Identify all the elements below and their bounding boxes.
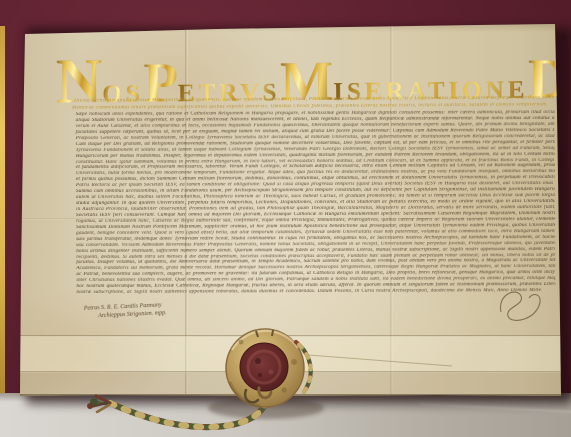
signature-line: Archieppus Strigonien. mpp. bbox=[98, 309, 167, 320]
signature-block: Petrus S. R. E. Cardlis PazmanyArchieppu… bbox=[84, 301, 167, 321]
charter-body-text: Sæpe nobiscum anxii expendentes, qua rat… bbox=[76, 110, 556, 296]
gilded-frame-strip bbox=[0, 26, 5, 398]
cord-tassel bbox=[87, 396, 110, 412]
red-wax-seal bbox=[240, 343, 288, 391]
notarial-paraph-flourish bbox=[493, 280, 547, 326]
charter-body-line: nostræ subscriptione, ac Sigilli nostri … bbox=[76, 288, 541, 296]
seal-and-cord bbox=[60, 320, 480, 437]
charter-photograph: NOSPETRVSMISERATIONED Divina Archiepisco… bbox=[0, 0, 571, 437]
plica-cord-slit bbox=[308, 355, 452, 366]
